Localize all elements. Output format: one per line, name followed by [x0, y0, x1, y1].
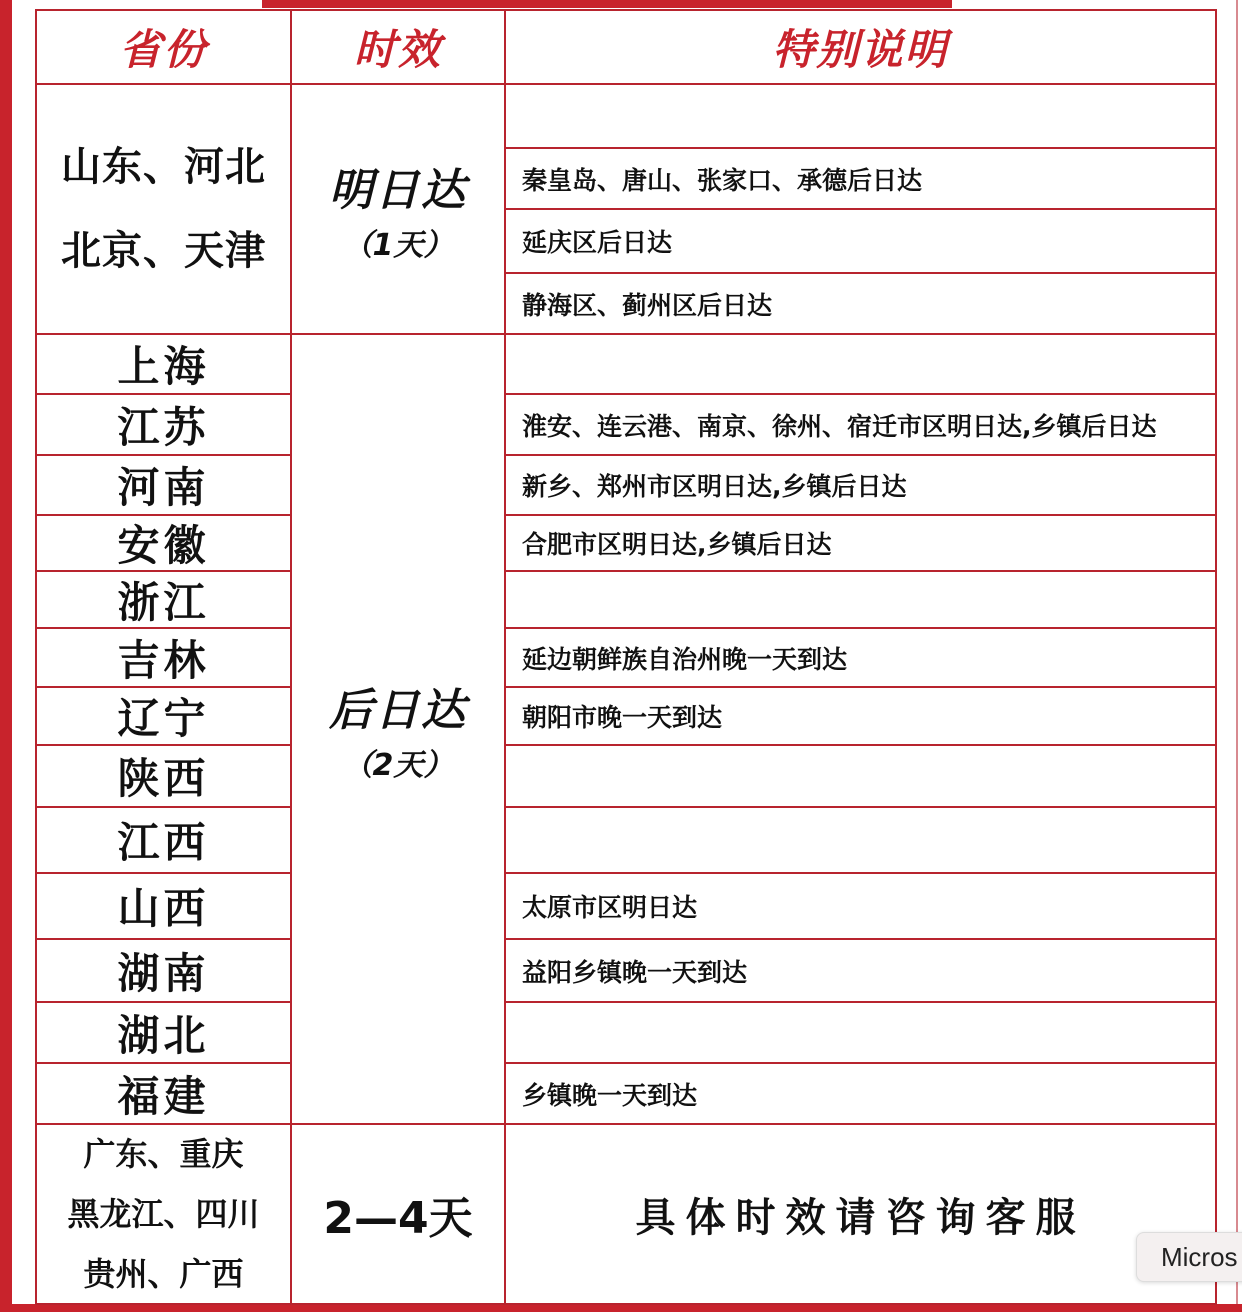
header-note: 特别说明: [504, 9, 1217, 85]
time-2-4-days: 2—4天: [290, 1123, 506, 1305]
note-cell: [504, 83, 1217, 149]
province-cell: 安徽: [35, 514, 292, 572]
right-frame-line: [1236, 0, 1238, 1312]
note-cell: 延边朝鲜族自治州晚一天到达: [504, 627, 1217, 688]
province-cell: 湖南: [35, 938, 292, 1003]
time-next-day: 明日达 （1天）: [290, 83, 506, 335]
time-two-days: 后日达 （2天）: [290, 333, 506, 1125]
note-cell: 新乡、郑州市区明日达,乡镇后日达: [504, 454, 1217, 516]
note-cell: 静海区、蓟州区后日达: [504, 272, 1217, 335]
note-cell: 太原市区明日达: [504, 872, 1217, 940]
time-main-label: 明日达: [329, 154, 467, 218]
time-sub-label: （1天）: [343, 220, 454, 264]
province-label: 北京、天津: [61, 209, 266, 293]
note-cell: 延庆区后日达: [504, 208, 1217, 274]
header-province: 省份: [35, 9, 292, 85]
province-cell: 浙江: [35, 570, 292, 629]
province-label: 贵州、广西: [83, 1244, 243, 1304]
province-cell: 山西: [35, 872, 292, 940]
note-cell: [504, 1001, 1217, 1064]
province-cell: 陕西: [35, 744, 292, 808]
province-cell: 河南: [35, 454, 292, 516]
note-cell: [504, 806, 1217, 874]
province-cell: 吉林: [35, 627, 292, 688]
province-cell: 辽宁: [35, 686, 292, 746]
note-cell: 秦皇岛、唐山、张家口、承德后日达: [504, 147, 1217, 210]
contact-service-note: 具体时效请咨询客服: [504, 1123, 1217, 1305]
note-cell: 乡镇晚一天到达: [504, 1062, 1217, 1125]
note-cell: 益阳乡镇晚一天到达: [504, 938, 1217, 1003]
province-label: 广东、重庆: [83, 1124, 243, 1184]
province-cell: 福建: [35, 1062, 292, 1125]
note-cell: 朝阳市晚一天到达: [504, 686, 1217, 746]
bottom-red-frame: [0, 1304, 1242, 1312]
note-cell: 淮安、连云港、南京、徐州、宿迁市区明日达,乡镇后日达: [504, 393, 1217, 456]
note-cell: [504, 333, 1217, 395]
delivery-time-table: 省份 时效 特别说明 山东、河北 北京、天津 明日达 （1天） 秦皇岛、唐山、张…: [35, 9, 1217, 1305]
province-cell: 湖北: [35, 1001, 292, 1064]
province-group-1: 山东、河北 北京、天津: [35, 83, 292, 335]
province-cell: 江苏: [35, 393, 292, 456]
top-red-bar: [262, 0, 952, 8]
province-group-3: 广东、重庆 黑龙江、四川 贵州、广西: [35, 1123, 292, 1305]
microsoft-tooltip[interactable]: Micros: [1136, 1232, 1242, 1282]
header-time: 时效: [290, 9, 506, 85]
province-cell: 上海: [35, 333, 292, 395]
note-cell: 合肥市区明日达,乡镇后日达: [504, 514, 1217, 572]
province-cell: 江西: [35, 806, 292, 874]
province-label: 黑龙江、四川: [67, 1184, 259, 1244]
province-label: 山东、河北: [61, 125, 266, 209]
time-main-label: 后日达: [329, 674, 467, 738]
note-cell: [504, 744, 1217, 808]
time-sub-label: （2天）: [343, 740, 454, 784]
left-red-frame: [0, 0, 12, 1312]
note-cell: [504, 570, 1217, 629]
